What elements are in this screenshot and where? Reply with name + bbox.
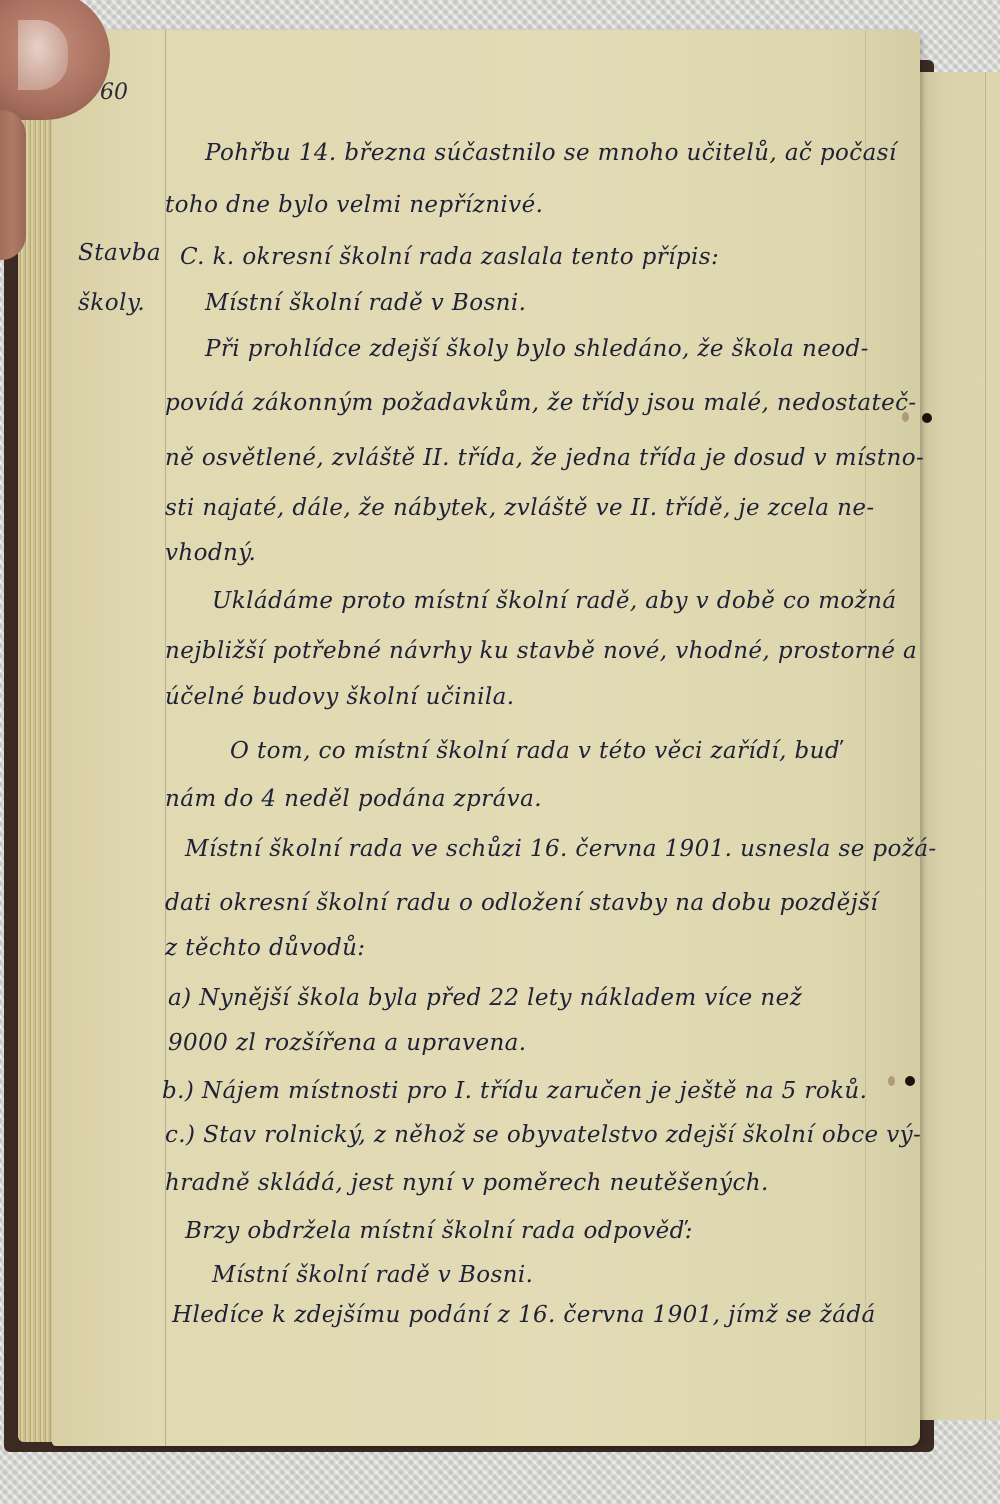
text-line: toho dne bylo velmi nepříznivé. [165, 192, 543, 218]
text-line: Místní školní rada ve schůzi 16. června … [185, 836, 937, 862]
text-line: z těchto důvodů: [165, 935, 365, 961]
text-line: dati okresní školní radu o odložení stav… [165, 890, 878, 916]
text-line: účelné budovy školní učinila. [165, 684, 514, 710]
text-line: Ukládáme proto místní školní radě, aby v… [212, 588, 897, 614]
page-number: 60 [100, 80, 128, 105]
punch-hole [922, 413, 932, 423]
text-line: povídá zákonným požadavkům, že třídy jso… [165, 390, 917, 416]
margin-note: školy. [78, 290, 145, 316]
facing-page-edge [916, 72, 1000, 1420]
text-line: a) Nynější škola byla před 22 lety nákla… [168, 985, 802, 1011]
facing-page-rule [985, 72, 986, 1420]
text-line: Pohřbu 14. března súčastnilo se mnoho uč… [205, 140, 897, 166]
text-line: nám do 4 neděl podána zpráva. [165, 786, 542, 812]
text-line: C. k. okresní školní rada zaslala tento … [180, 244, 719, 270]
text-line: Hledíce k zdejšímu podání z 16. června 1… [172, 1302, 876, 1328]
punch-hole [905, 1076, 915, 1086]
text-line: vhodný. [165, 540, 256, 566]
text-line: O tom, co místní školní rada v této věci… [230, 738, 840, 764]
right-rule-line [865, 30, 866, 1446]
holding-finger [0, 110, 26, 260]
text-line: c.) Stav rolnický, z něhož se obyvatelst… [165, 1122, 921, 1148]
text-line: nejbližší potřebné návrhy ku stavbě nové… [165, 638, 917, 664]
text-line: 9000 zl rozšířena a upravena. [168, 1030, 527, 1056]
margin-note: Stavba [78, 240, 161, 266]
margin-rule-line [165, 30, 166, 1446]
text-line: Brzy obdržela místní školní rada odpověď… [185, 1218, 693, 1244]
text-line: Při prohlídce zdejší školy bylo shledáno… [205, 336, 869, 362]
thumbnail [18, 20, 68, 90]
punch-hole-mark [888, 1076, 895, 1086]
text-line: Místní školní radě v Bosni. [205, 290, 526, 316]
text-line: hradně skládá, jest nyní v poměrech neut… [165, 1170, 769, 1196]
text-line: ně osvětlené, zvláště II. třída, že jedn… [165, 445, 924, 471]
text-line: Místní školní radě v Bosni. [212, 1262, 533, 1288]
text-line: b.) Nájem místnosti pro I. třídu zaručen… [162, 1078, 867, 1104]
text-line: sti najaté, dále, že nábytek, zvláště ve… [165, 495, 875, 521]
